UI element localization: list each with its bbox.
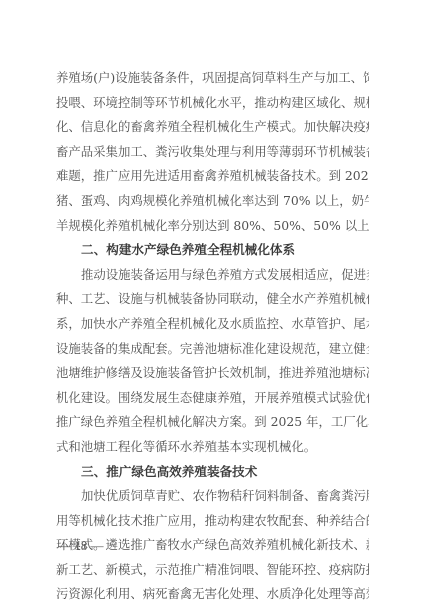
text-line: 新工艺、新模式，示范推广精准饲喂、智能环控、疫病防控、高效粪 bbox=[56, 558, 369, 583]
text-line: 池塘维护修缮及设施装备管护长效机制，推进养殖池塘标准化宜 bbox=[56, 361, 369, 386]
paragraph-aquaculture-mechanization: 推动设施装备运用与绿色养殖方式发展相适应，促进养殖品 种、工艺、设施与机械装备协… bbox=[56, 263, 369, 460]
page-number: — 18 — bbox=[58, 538, 104, 554]
text-line: 猪、蛋鸡、肉鸡规模化养殖机械化率达到 70% 以上，奶牛、肉牛、肉 bbox=[56, 189, 369, 214]
paragraph-livestock-mechanization: 养殖场(户)设施装备条件，巩固提高饲草料生产与加工、饲草料 投喂、环境控制等环节… bbox=[56, 66, 369, 238]
text-line: 化、信息化的畜禽养殖全程机械化生产模式。加快解决疫病防控、 bbox=[56, 115, 369, 140]
text-line: 污资源化利用、病死畜禽无害化处理、水质净化处理等高效专用技 bbox=[56, 582, 369, 600]
text-line: 推广绿色养殖全程机械化解决方案。到 2025 年，工厂化、集装箱 bbox=[56, 410, 369, 435]
text-line: 种、工艺、设施与机械装备协同联动，健全水产养殖机械化标准体 bbox=[56, 287, 369, 312]
text-line: 设施装备的集成配套。完善池塘标准化建设规范，建立健全养殖 bbox=[56, 337, 369, 362]
section-heading-aquaculture: 二、构建水产绿色养殖全程机械化体系 bbox=[56, 238, 369, 263]
text-line: 机化建设。围绕发展生态健康养殖，开展养殖模式试验优化，总结 bbox=[56, 386, 369, 411]
text-line: 难题，推广应用先进适用畜禽养殖机械装备技术。到 2025 年，生 bbox=[56, 164, 369, 189]
text-line: 加快优质饲草青贮、农作物秸秆饲料制备、畜禽粪污肥料化利 bbox=[56, 484, 369, 509]
text-line: 式和池塘工程化等循环水养殖基本实现机械化。 bbox=[56, 435, 369, 460]
document-page: 养殖场(户)设施装备条件，巩固提高饲草料生产与加工、饲草料 投喂、环境控制等环节… bbox=[56, 66, 369, 600]
text-line: 投喂、环境控制等环节机械化水平，推动构建区域化、规模化、标准 bbox=[56, 91, 369, 116]
text-line: 羊规模化养殖机械化率分别达到 80%、50%、50% 以上。 bbox=[56, 214, 369, 239]
section-heading-green-equipment: 三、推广绿色高效养殖装备技术 bbox=[56, 460, 369, 485]
text-line: 推动设施装备运用与绿色养殖方式发展相适应，促进养殖品 bbox=[56, 263, 369, 288]
text-line: 系，加快水产养殖全程机械化及水质监控、水草管护、尾水处理等 bbox=[56, 312, 369, 337]
text-line: 用等机械化技术推广应用，推动构建农牧配套、种养结合的生态循 bbox=[56, 509, 369, 534]
text-line: 畜产品采集加工、粪污收集处理与利用等薄弱环节机械装备应用 bbox=[56, 140, 369, 165]
text-line: 养殖场(户)设施装备条件，巩固提高饲草料生产与加工、饲草料 bbox=[56, 66, 369, 91]
